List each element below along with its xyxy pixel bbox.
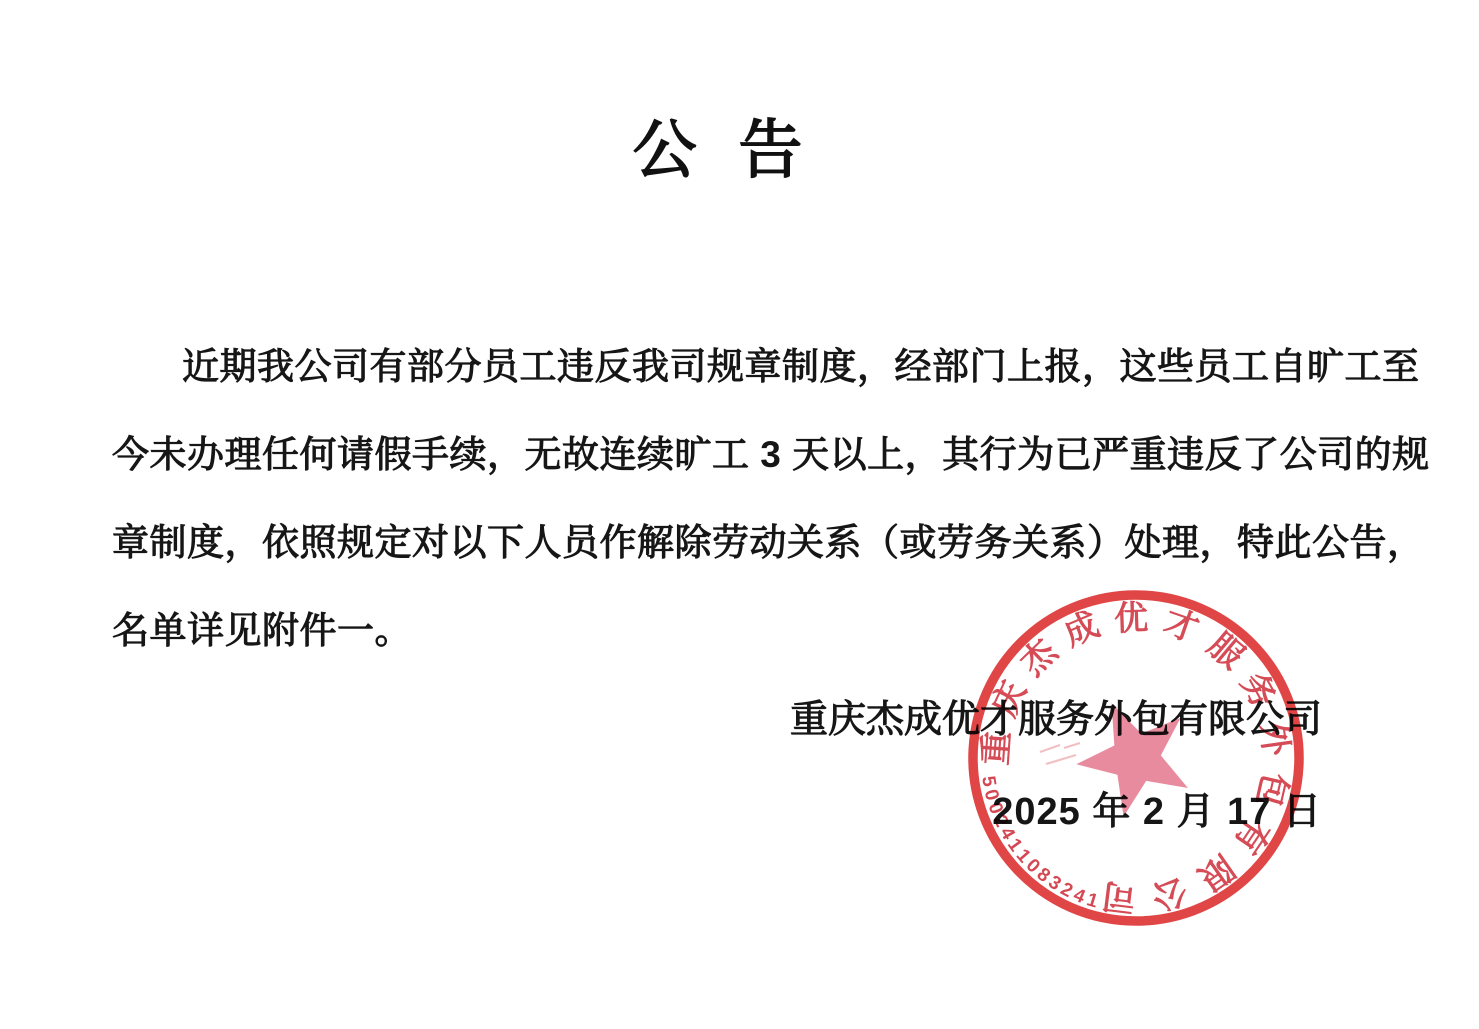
seal-serial-digit: 1	[1084, 889, 1101, 912]
seal-serial-digit: 1	[1012, 845, 1035, 867]
seal-serial-digit: 0	[1022, 855, 1044, 877]
announcement-document: 公 告 近期我公司有部分员工违反我司规章制度，经部门上报，这些员工自旷工至 今未…	[0, 0, 1479, 1029]
seal-smudge-mark	[1040, 743, 1080, 764]
seal-serial-digit: 5	[977, 775, 999, 789]
seal-serial-digit: 4	[1070, 885, 1088, 909]
body-line-4: 名单详见附件一。	[112, 587, 1320, 675]
seal-serial-digit: 8	[1033, 864, 1054, 887]
seal-serial-digit: 2	[1057, 879, 1076, 903]
seal-arc-char: 公	[1149, 871, 1191, 915]
body-line-2: 今未办理任何请假手续，无故连续旷工 3 天以上，其行为已严重违反了公司的规	[112, 411, 1320, 499]
seal-serial-digit: 3	[1044, 872, 1064, 895]
seal-arc-char: 限	[1191, 847, 1241, 898]
body-line-3: 章制度，依照规定对以下人员作解除劳动关系（或劳务关系）处理，特此公告，	[112, 499, 1320, 587]
announcement-body: 近期我公司有部分员工违反我司规章制度，经部门上报，这些员工自旷工至 今未办理任何…	[112, 323, 1320, 675]
document-title: 公 告	[0, 112, 1441, 188]
body-line-1: 近期我公司有部分员工违反我司规章制度，经部门上报，这些员工自旷工至	[112, 323, 1320, 411]
signature-company: 重庆杰成优才服务外包有限公司	[790, 696, 1322, 744]
signature-date: 2025 年 2 月 17 日	[992, 788, 1322, 836]
seal-arc-char: 司	[1100, 876, 1138, 918]
seal-serial-digit: 1	[1003, 835, 1026, 856]
